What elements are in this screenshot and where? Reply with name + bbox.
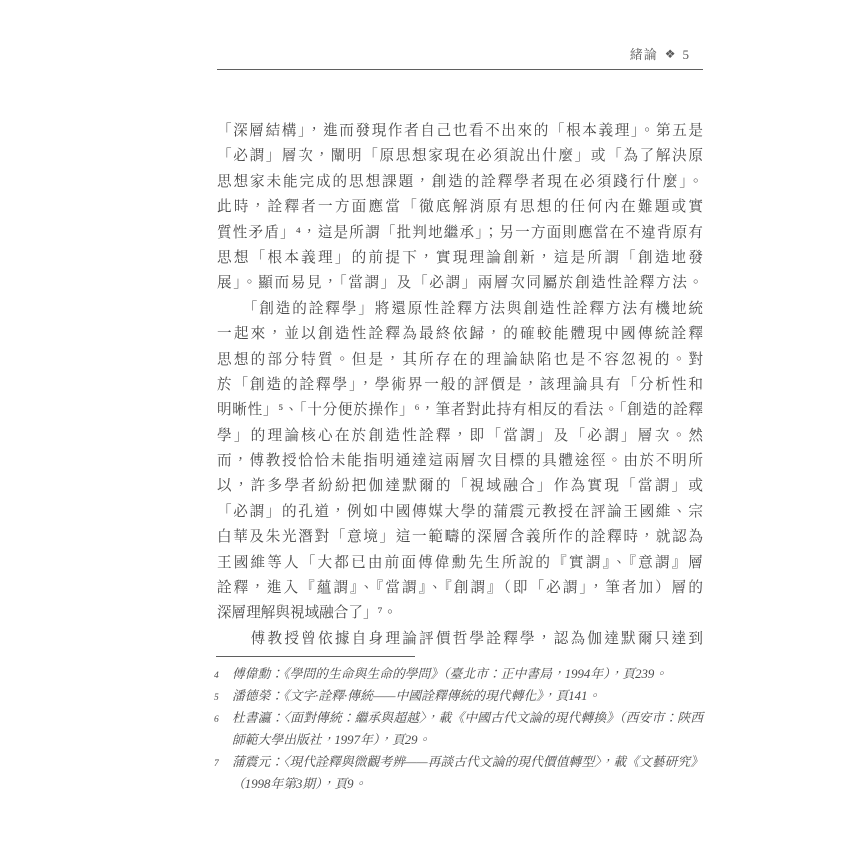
body-line: 「深層結構」，進而發現作者自己也看不出來的「根本義理」。第五是 xyxy=(217,119,703,144)
footnote-list: 4傅偉勳：《學問的生命與生命的學問》（臺北市：正中書局，1994年），頁239。… xyxy=(213,664,703,795)
footnote-text: 杜書瀛：〈面對傳統：繼承與超越〉，載《中國古代文論的現代轉換》（西安市：陝西師範… xyxy=(232,711,703,747)
body-line: 而，傅教授恰恰未能指明通達這兩層次目標的具體途徑。由於不明所 xyxy=(217,449,703,474)
body-line: 以，許多學者紛紛把伽達默爾的「視域融合」作為實現「當謂」或 xyxy=(217,474,703,499)
body-line: 此時，詮釋者一方面應當「徹底解消原有思想的任何內在難題或實 xyxy=(217,195,703,220)
body-line: 「創造的詮釋學」將還原性詮釋方法與創造性詮釋方法有機地統 xyxy=(217,297,703,322)
header-rule xyxy=(217,69,703,70)
book-page: 緒論 ❖ 5 「深層結構」，進而發現作者自己也看不出來的「根本義理」。第五是「必… xyxy=(0,0,850,850)
header-section-title: 緒論 xyxy=(630,44,658,63)
footnote-text: 蒲震元：〈現代詮釋與微觀考辨——再談古代文論的現代價值轉型〉，載《文藝研究》（1… xyxy=(232,755,703,791)
body-line: 深層理解與視域融合了」⁷。 xyxy=(217,601,703,626)
footnote-separator xyxy=(216,656,415,657)
header-page-number: 5 xyxy=(683,47,691,63)
body-line: 於「創造的詮釋學」，學術界一般的評價是，該理論具有「分析性和 xyxy=(217,373,703,398)
body-line: 一起來，並以創造性詮釋為最終依歸，的確較能體現中國傳統詮釋 xyxy=(217,322,703,347)
footnote-marker: 5 xyxy=(214,688,219,710)
body-line: 思想的部分特質。但是，其所存在的理論缺陷也是不容忽視的。對 xyxy=(217,348,703,373)
running-header: 緒論 ❖ 5 xyxy=(630,44,690,63)
footnote-marker: 6 xyxy=(214,710,219,732)
body-line: 王國維等人「大都已由前面傅偉勳先生所說的『實謂』、『意謂』層 xyxy=(217,551,703,576)
body-text: 「深層結構」，進而發現作者自己也看不出來的「根本義理」。第五是「必謂」層次，闡明… xyxy=(217,119,703,652)
footnote-marker: 4 xyxy=(214,666,219,688)
diamond-ornament-icon: ❖ xyxy=(665,47,676,62)
body-line: 思想家未能完成的思想課題，創造的詮釋學者現在必須踐行什麼」。 xyxy=(217,170,703,195)
body-line: 「必謂」層次，闡明「原思想家現在必須說出什麼」或「為了解決原 xyxy=(217,144,703,169)
body-line: 「必謂」的孔道，例如中國傳媒大學的蒲震元教授在評論王國維、宗 xyxy=(217,500,703,525)
body-line: 詮釋，進入『蘊謂』、『當謂』、『創謂』（即「必謂」，筆者加）層的 xyxy=(217,576,703,601)
footnote-item: 5潘德榮：《文字·詮釋·傳統——中國詮釋傳統的現代轉化》，頁141。 xyxy=(213,686,703,708)
footnote-item: 7蒲震元：〈現代詮釋與微觀考辨——再談古代文論的現代價值轉型〉，載《文藝研究》（… xyxy=(213,752,703,796)
body-line: 白華及朱光潛對「意境」這一範疇的深層含義所作的詮釋時，就認為 xyxy=(217,525,703,550)
footnote-text: 傅偉勳：《學問的生命與生命的學問》（臺北市：正中書局，1994年），頁239。 xyxy=(232,667,667,681)
body-line: 傅教授曾依據自身理論評價哲學詮釋學，認為伽達默爾只達到 xyxy=(217,627,703,652)
footnote-marker: 7 xyxy=(214,754,219,776)
footnote-item: 6杜書瀛：〈面對傳統：繼承與超越〉，載《中國古代文論的現代轉換》（西安市：陝西師… xyxy=(213,708,703,752)
body-line: 思想「根本義理」的前提下，實現理論創新，這是所謂「創造地發 xyxy=(217,246,703,271)
body-line: 明晰性」⁵、「十分便於操作」⁶，筆者對此持有相反的看法。「創造的詮釋 xyxy=(217,398,703,423)
footnote-text: 潘德榮：《文字·詮釋·傳統——中國詮釋傳統的現代轉化》，頁141。 xyxy=(232,689,600,703)
body-line: 展」。顯而易見，「當謂」及「必謂」兩層次同屬於創造性詮釋方法。 xyxy=(217,271,703,296)
body-line: 學」的理論核心在於創造性詮釋，即「當謂」及「必謂」層次。然 xyxy=(217,424,703,449)
body-line: 質性矛盾」⁴，這是所謂「批判地繼承」；另一方面則應當在不違背原有 xyxy=(217,221,703,246)
footnote-item: 4傅偉勳：《學問的生命與生命的學問》（臺北市：正中書局，1994年），頁239。 xyxy=(213,664,703,686)
